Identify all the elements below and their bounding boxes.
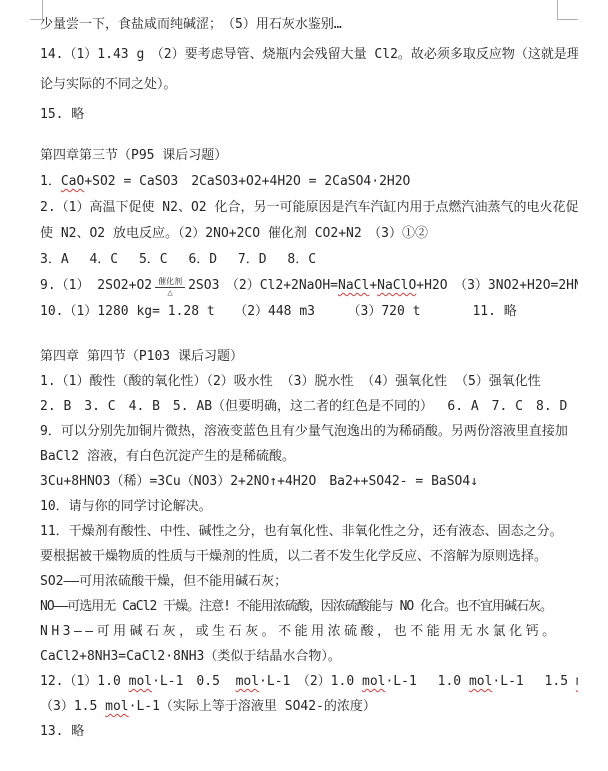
text-segment: 9.（1） 2SO2+O2 <box>40 278 152 293</box>
answer-line-q2: 2.（1）高温下促使 N2、O2 化合，另一可能原因是汽车汽缸内用于点燃汽油蒸气… <box>40 195 578 221</box>
section-heading-p103: 第四章 第四节（P103 课后习题） <box>40 344 578 369</box>
text-segment: +SO2 = CaSO3 2CaSO3+O2+4H2O = 2CaSO4·2H2… <box>84 174 410 189</box>
catalyst-label: 催化剂 <box>155 278 185 288</box>
text-segment: ·L-1（实际上等于溶液里 SO42-的浓度） <box>129 699 376 714</box>
spellcheck-underlined-word: mol <box>236 674 259 689</box>
reaction-condition-stack: 催化剂△ <box>155 278 185 298</box>
spellcheck-underlined-word: mol <box>362 674 385 689</box>
answer-line-q14-continuation: 论与实际的不同之处）。 <box>40 70 578 100</box>
answer-line-q14: 14.（1）1.43 g （2）要考虑导管、烧瓶内会残留大量 Cl2。故必须多取… <box>40 40 578 70</box>
text-segment: ·L-1 1.0 <box>385 674 468 689</box>
answer-line-q9-continuation: BaCl2 溶液，有白色沉淀产生的是稀硫酸。 <box>40 444 578 469</box>
answer-line-q11-continuation: 要根据被干燥物质的性质与干燥剂的性质，以二者不发生化学反应、不溶解为原则选择。 <box>40 544 578 569</box>
text-segment: 1． <box>40 174 61 189</box>
section-chapter4-part3: 第四章第三节（P95 课后习题） 1．CaO+SO2 = CaSO3 2CaSO… <box>40 143 578 325</box>
answer-line-q11-nh3: NH3——可用碱石灰，或生石灰。不能用浓硫酸，也不能用无水氯化钙。 <box>40 619 578 644</box>
answer-line-q12: 12.（1）1.0 mol·L-1 0.5 mol·L-1 （2）1.0 mol… <box>40 669 578 694</box>
text-segment: ·L-1 （2）1.0 <box>259 674 362 689</box>
text-segment: （3）1.5 <box>40 699 105 714</box>
spellcheck-underlined-word: mol <box>129 674 152 689</box>
spellcheck-underlined-word: NaCl <box>338 278 369 293</box>
answer-line-q3-to-q8: 3．A 4．C 5．C 6．D 7．D 8．C <box>40 247 578 273</box>
answers-block-previous-section: 少量尝一下，食盐咸而纯碱涩； （5）用石灰水鉴别… 14.（1）1.43 g （… <box>40 10 578 130</box>
answer-line-q10: 10．请与你的同学讨论解决。 <box>40 494 578 519</box>
answer-line-q11: 11．干燥剂有酸性、中性、碱性之分，也有氧化性、非氧化性之分，还有液态、固态之分… <box>40 519 578 544</box>
text-segment: ·L-1 0.5 <box>152 674 235 689</box>
answer-line-q13: 13. 略 <box>40 719 578 744</box>
answer-line-q11-no: NO——可选用无 CaCl2 干燥。注意! 不能用浓硫酸，因浓硫酸能与 NO 化… <box>40 594 578 619</box>
section-chapter4-part4: 第四章 第四节（P103 课后习题） 1.（1）酸性（酸的氧化性）（2）吸水性 … <box>40 344 578 744</box>
answer-line-q2-continuation: 使 N2、O2 放电反应。（2）2NO+2CO 催化剂 CO2+N2 （3）①② <box>40 221 578 247</box>
heat-triangle-symbol: △ <box>155 288 185 298</box>
section-heading-p95: 第四章第三节（P95 课后习题） <box>40 143 578 169</box>
answer-line-q12-part3: （3）1.5 mol·L-1（实际上等于溶液里 SO42-的浓度） <box>40 694 578 719</box>
text-segment: 12.（1）1.0 <box>40 674 129 689</box>
spellcheck-underlined-word: NaClO <box>377 278 416 293</box>
spellcheck-underlined-word: mol <box>469 674 492 689</box>
answer-line-q9: 9.（1） 2SO2+O2催化剂△2SO3 （2）Cl2+2NaOH=NaCl+… <box>40 273 578 299</box>
document-page: { "theme": { "bg": "#ffffff", "text": "#… <box>0 0 608 771</box>
answer-line-q9-equations: 3Cu+8HNO3（稀）=3Cu（NO3）2+2NO↑+4H2O Ba2++SO… <box>40 469 578 494</box>
answer-line-q1: 1.（1）酸性（酸的氧化性）（2）吸水性 （3）脱水性 （4）强氧化性 （5）强… <box>40 369 578 394</box>
answer-line-q9: 9．可以分别先加铜片微热，溶液变蓝色且有少量气泡逸出的为稀硝酸。另两份溶液里直接… <box>40 419 578 444</box>
spellcheck-underlined-word: CaO <box>61 174 84 189</box>
document-content: 少量尝一下，食盐咸而纯碱涩； （5）用石灰水鉴别… 14.（1）1.43 g （… <box>40 10 578 744</box>
answer-line-q10-q11: 10.（1）1280 kg= 1.28 t （2）448 m3 （3）720 t… <box>40 299 578 325</box>
answer-line-q2-to-q8: 2. B 3. C 4. B 5. AB（但要明确，这二者的红色是不同的） 6.… <box>40 394 578 419</box>
text-segment: 2SO3 （2）Cl2+2NaOH= <box>188 278 338 293</box>
spellcheck-underlined-word: mol <box>105 699 128 714</box>
answer-line-q15: 15. 略 <box>40 100 578 130</box>
text-segment: +H2O （3）3NO2+H2O=2HNO3+NO <box>416 278 578 293</box>
answer-line-q1: 1．CaO+SO2 = CaSO3 2CaSO3+O2+4H2O = 2CaSO… <box>40 169 578 195</box>
text-segment: ·L-1 1.5 <box>492 674 575 689</box>
text-segment: + <box>369 278 377 293</box>
answer-line-continuation: 少量尝一下，食盐咸而纯碱涩； （5）用石灰水鉴别… <box>40 10 578 40</box>
answer-line-q11-so2: SO2——可用浓硫酸干燥，但不能用碱石灰； <box>40 569 578 594</box>
answer-line-q11-cacl2: CaCl2+8NH3=CaCl2·8NH3（类似于结晶水合物）。 <box>40 644 578 669</box>
spellcheck-underlined-word: mol <box>576 674 578 689</box>
